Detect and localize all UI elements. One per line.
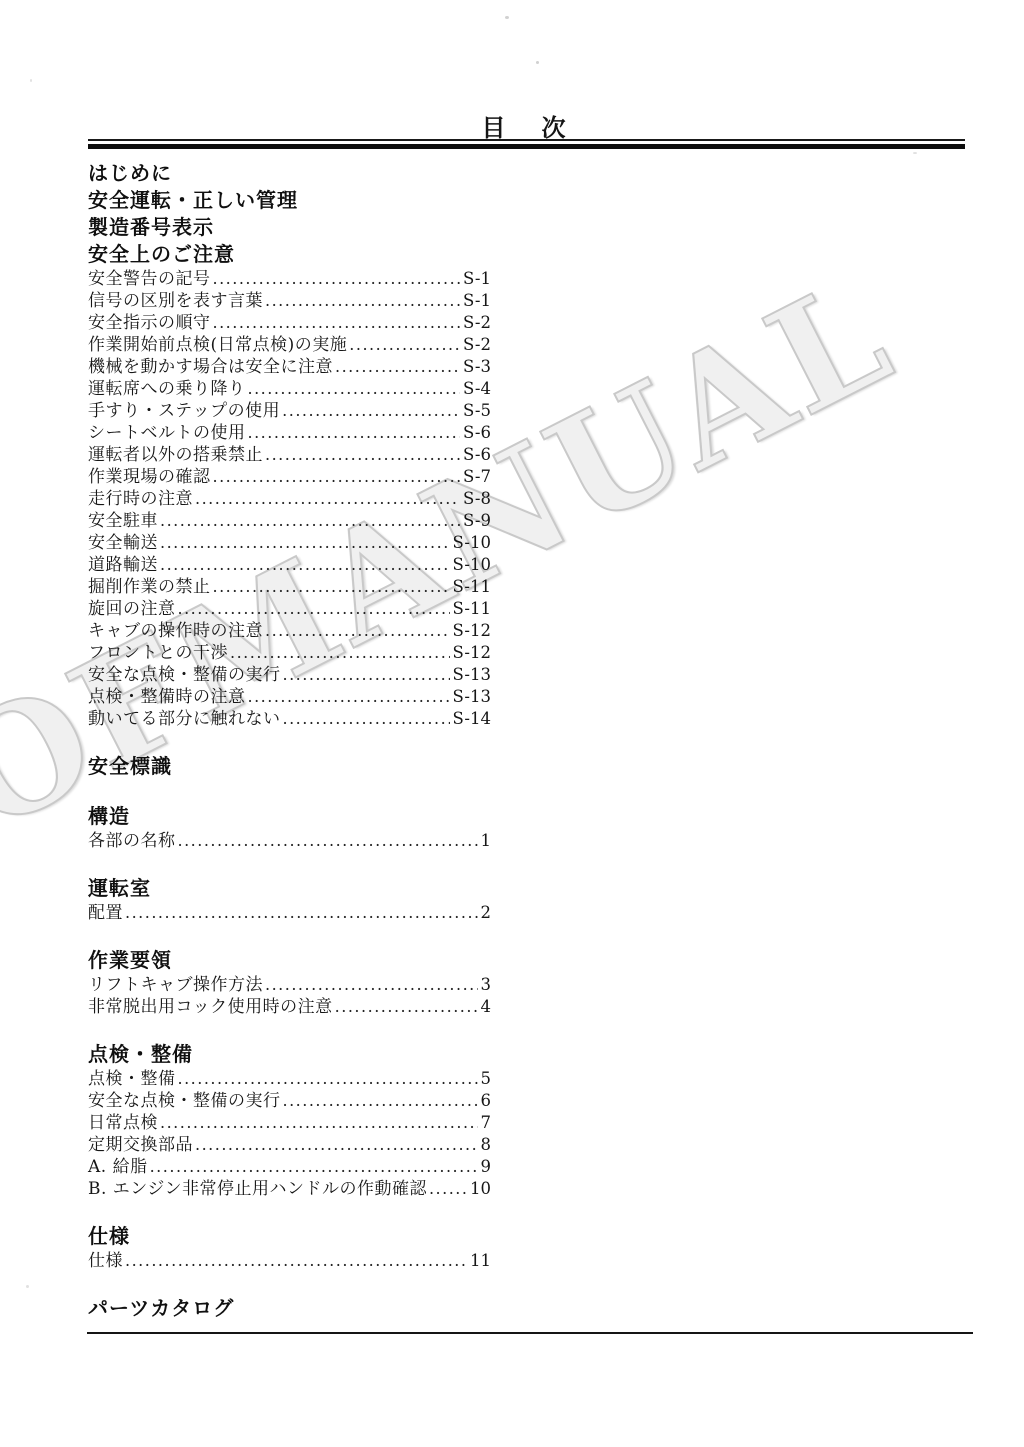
toc-item-label: 点検・整備時の注意 (88, 687, 246, 708)
toc-item-label: 運転席への乗り降り (88, 379, 246, 400)
dot-leader (283, 664, 450, 686)
dot-leader (265, 620, 450, 642)
toc-item: フロントとの干渉S-12 (88, 642, 491, 664)
toc-item-page-number: 6 (480, 1090, 492, 1111)
toc-item: 点検・整備時の注意S-13 (88, 686, 491, 708)
toc-item-page-number: S-2 (462, 334, 491, 355)
toc-item: リフトキャブ操作方法3 (88, 974, 491, 996)
toc-item: 手すり・ステップの使用S-5 (88, 400, 491, 422)
dot-leader (125, 1250, 467, 1272)
dot-leader (213, 268, 461, 290)
dot-leader (160, 554, 450, 576)
toc-item: 安全駐車S-9 (88, 510, 491, 532)
toc-item: 配置2 (88, 902, 491, 924)
toc-item-page-number: S-13 (452, 686, 491, 707)
toc-item-page-number: 1 (480, 830, 492, 851)
toc-item: 定期交換部品8 (88, 1134, 491, 1156)
toc-item-label: 掘削作業の禁止 (88, 577, 211, 598)
dot-leader (178, 1068, 478, 1090)
dot-leader (125, 902, 478, 924)
toc-item-label: キャブの操作時の注意 (88, 621, 263, 642)
toc-item-label: フロントとの干渉 (88, 643, 228, 664)
toc-item-page-number: 3 (480, 974, 492, 995)
toc-item-label: 日常点検 (88, 1113, 158, 1134)
dot-leader (178, 598, 450, 620)
page-title: 目 次 (88, 108, 965, 143)
toc-item: 旋回の注意S-11 (88, 598, 491, 620)
toc-item-page-number: S-12 (452, 620, 491, 641)
toc-item-page-number: S-10 (452, 532, 491, 553)
toc-item-label: リフトキャブ操作方法 (88, 975, 263, 996)
toc-item-page-number: S-5 (462, 400, 491, 421)
toc-item-page-number: 10 (469, 1178, 491, 1199)
toc-item-label: 機械を動かす場合は安全に注意 (88, 357, 333, 378)
section-heading: 作業要領 (88, 947, 491, 974)
dot-leader (283, 1090, 478, 1112)
toc-item-label: 動いてる部分に触れない (88, 709, 281, 730)
toc-item: 信号の区別を表す言葉S-1 (88, 290, 491, 312)
toc-item: キャブの操作時の注意S-12 (88, 620, 491, 642)
toc-item-page-number: 8 (480, 1134, 492, 1155)
dot-leader (213, 576, 450, 598)
toc-item-label: 安全警告の記号 (88, 269, 211, 290)
scan-speck (913, 152, 917, 154)
toc-item-label: 作業開始前点検(日常点検)の実施 (88, 335, 347, 356)
dot-leader (213, 312, 461, 334)
section-heading: パーツカタログ (88, 1295, 491, 1322)
toc-item-label: 安全指示の順守 (88, 313, 211, 334)
toc-item-label: 安全輸送 (88, 533, 158, 554)
toc-item-label: 点検・整備 (88, 1069, 176, 1090)
page-content: 目 次 はじめに安全運転・正しい管理製造番号表示安全上のご注意安全警告の記号S-… (0, 0, 1024, 1447)
title-divider (88, 139, 965, 149)
toc-item-label: B. エンジン非常停止用ハンドルの作動確認 (88, 1179, 427, 1200)
toc-item: 安全輸送S-10 (88, 532, 491, 554)
toc-item: 走行時の注意S-8 (88, 488, 491, 510)
scan-speck (30, 79, 32, 82)
toc-item-page-number: 5 (480, 1068, 492, 1089)
toc-item: 安全な点検・整備の実行6 (88, 1090, 491, 1112)
dot-leader (195, 1134, 478, 1156)
toc-item-label: 各部の名称 (88, 831, 176, 852)
section-heading: はじめに (88, 160, 491, 187)
dot-leader (160, 510, 460, 532)
toc-item-page-number: S-13 (452, 664, 491, 685)
toc-item-label: 道路輸送 (88, 555, 158, 576)
toc-item-label: 運転者以外の搭乗禁止 (88, 445, 263, 466)
toc-item-page-number: S-10 (452, 554, 491, 575)
toc-item-page-number: 2 (480, 902, 492, 923)
dot-leader (178, 830, 478, 852)
toc-item-label: 走行時の注意 (88, 489, 193, 510)
section-heading: 製造番号表示 (88, 214, 491, 241)
toc-item-label: 信号の区別を表す言葉 (88, 291, 263, 312)
table-of-contents: はじめに安全運転・正しい管理製造番号表示安全上のご注意安全警告の記号S-1信号の… (88, 160, 491, 1322)
toc-item-page-number: S-14 (452, 708, 491, 729)
toc-item-label: 作業現場の確認 (88, 467, 211, 488)
toc-item-label: 安全な点検・整備の実行 (88, 1091, 281, 1112)
toc-item-page-number: 7 (480, 1112, 492, 1133)
dot-leader (283, 708, 450, 730)
dot-leader (335, 996, 478, 1018)
toc-item: 運転席への乗り降りS-4 (88, 378, 491, 400)
dot-leader (150, 1156, 478, 1178)
toc-item: 作業現場の確認S-7 (88, 466, 491, 488)
toc-item-page-number: S-1 (462, 268, 491, 289)
toc-item: 安全な点検・整備の実行S-13 (88, 664, 491, 686)
section-heading: 安全運転・正しい管理 (88, 187, 491, 214)
toc-item-page-number: S-8 (462, 488, 491, 509)
toc-item-label: シートベルトの使用 (88, 423, 246, 444)
dot-leader (248, 422, 461, 444)
toc-item-label: 非常脱出用コック使用時の注意 (88, 997, 333, 1018)
toc-item: 各部の名称1 (88, 830, 491, 852)
footer-divider (87, 1332, 973, 1334)
toc-item-label: 仕様 (88, 1251, 123, 1272)
dot-leader (160, 1112, 478, 1134)
dot-leader (265, 974, 478, 996)
section-heading: 点検・整備 (88, 1041, 491, 1068)
dot-leader (282, 400, 460, 422)
dot-leader (213, 466, 461, 488)
dot-leader (349, 334, 460, 356)
scan-speck (536, 61, 539, 64)
dot-leader (265, 444, 460, 466)
dot-leader (230, 642, 450, 664)
toc-item: 安全警告の記号S-1 (88, 268, 491, 290)
toc-item-page-number: 4 (480, 996, 492, 1017)
toc-item: 点検・整備5 (88, 1068, 491, 1090)
toc-item: 非常脱出用コック使用時の注意4 (88, 996, 491, 1018)
toc-item: 道路輸送S-10 (88, 554, 491, 576)
dot-leader (160, 532, 450, 554)
toc-item: 安全指示の順守S-2 (88, 312, 491, 334)
toc-item-page-number: S-6 (462, 422, 491, 443)
toc-item-label: 安全駐車 (88, 511, 158, 532)
toc-item-page-number: S-4 (462, 378, 491, 399)
section-heading: 運転室 (88, 875, 491, 902)
dot-leader (265, 290, 460, 312)
toc-item-label: 定期交換部品 (88, 1135, 193, 1156)
section-heading: 仕様 (88, 1223, 491, 1250)
document-page: OFMANUAL 目 次 はじめに安全運転・正しい管理製造番号表示安全上のご注意… (0, 0, 1024, 1447)
section-heading: 構造 (88, 803, 491, 830)
dot-leader (195, 488, 460, 510)
toc-item-label: A. 給脂 (88, 1157, 148, 1178)
toc-item: シートベルトの使用S-6 (88, 422, 491, 444)
scan-speck (26, 1285, 29, 1288)
toc-item-page-number: S-11 (452, 598, 491, 619)
toc-item: 機械を動かす場合は安全に注意S-3 (88, 356, 491, 378)
toc-item: 動いてる部分に触れないS-14 (88, 708, 491, 730)
scan-speck (505, 16, 509, 19)
dot-leader (429, 1178, 467, 1200)
toc-item: 運転者以外の搭乗禁止S-6 (88, 444, 491, 466)
toc-item-label: 手すり・ステップの使用 (88, 401, 280, 422)
toc-item-label: 安全な点検・整備の実行 (88, 665, 281, 686)
toc-item-label: 旋回の注意 (88, 599, 176, 620)
toc-item-page-number: S-1 (462, 290, 491, 311)
dot-leader (248, 378, 461, 400)
toc-item: A. 給脂9 (88, 1156, 491, 1178)
toc-item-page-number: 9 (480, 1156, 492, 1177)
toc-item: 掘削作業の禁止S-11 (88, 576, 491, 598)
dot-leader (248, 686, 450, 708)
section-heading: 安全上のご注意 (88, 241, 491, 268)
toc-item: 仕様11 (88, 1250, 491, 1272)
dot-leader (335, 356, 460, 378)
toc-item-page-number: S-9 (462, 510, 491, 531)
toc-item-label: 配置 (88, 903, 123, 924)
toc-item-page-number: S-12 (452, 642, 491, 663)
toc-item-page-number: S-11 (452, 576, 491, 597)
toc-item-page-number: S-2 (462, 312, 491, 333)
toc-item-page-number: S-3 (462, 356, 491, 377)
toc-item: 作業開始前点検(日常点検)の実施S-2 (88, 334, 491, 356)
toc-item-page-number: S-6 (462, 444, 491, 465)
toc-item: B. エンジン非常停止用ハンドルの作動確認10 (88, 1178, 491, 1200)
title-divider-thick-line (88, 144, 965, 149)
toc-item: 日常点検7 (88, 1112, 491, 1134)
toc-item-page-number: S-7 (462, 466, 491, 487)
toc-item-page-number: 11 (469, 1250, 491, 1271)
section-heading: 安全標識 (88, 753, 491, 780)
